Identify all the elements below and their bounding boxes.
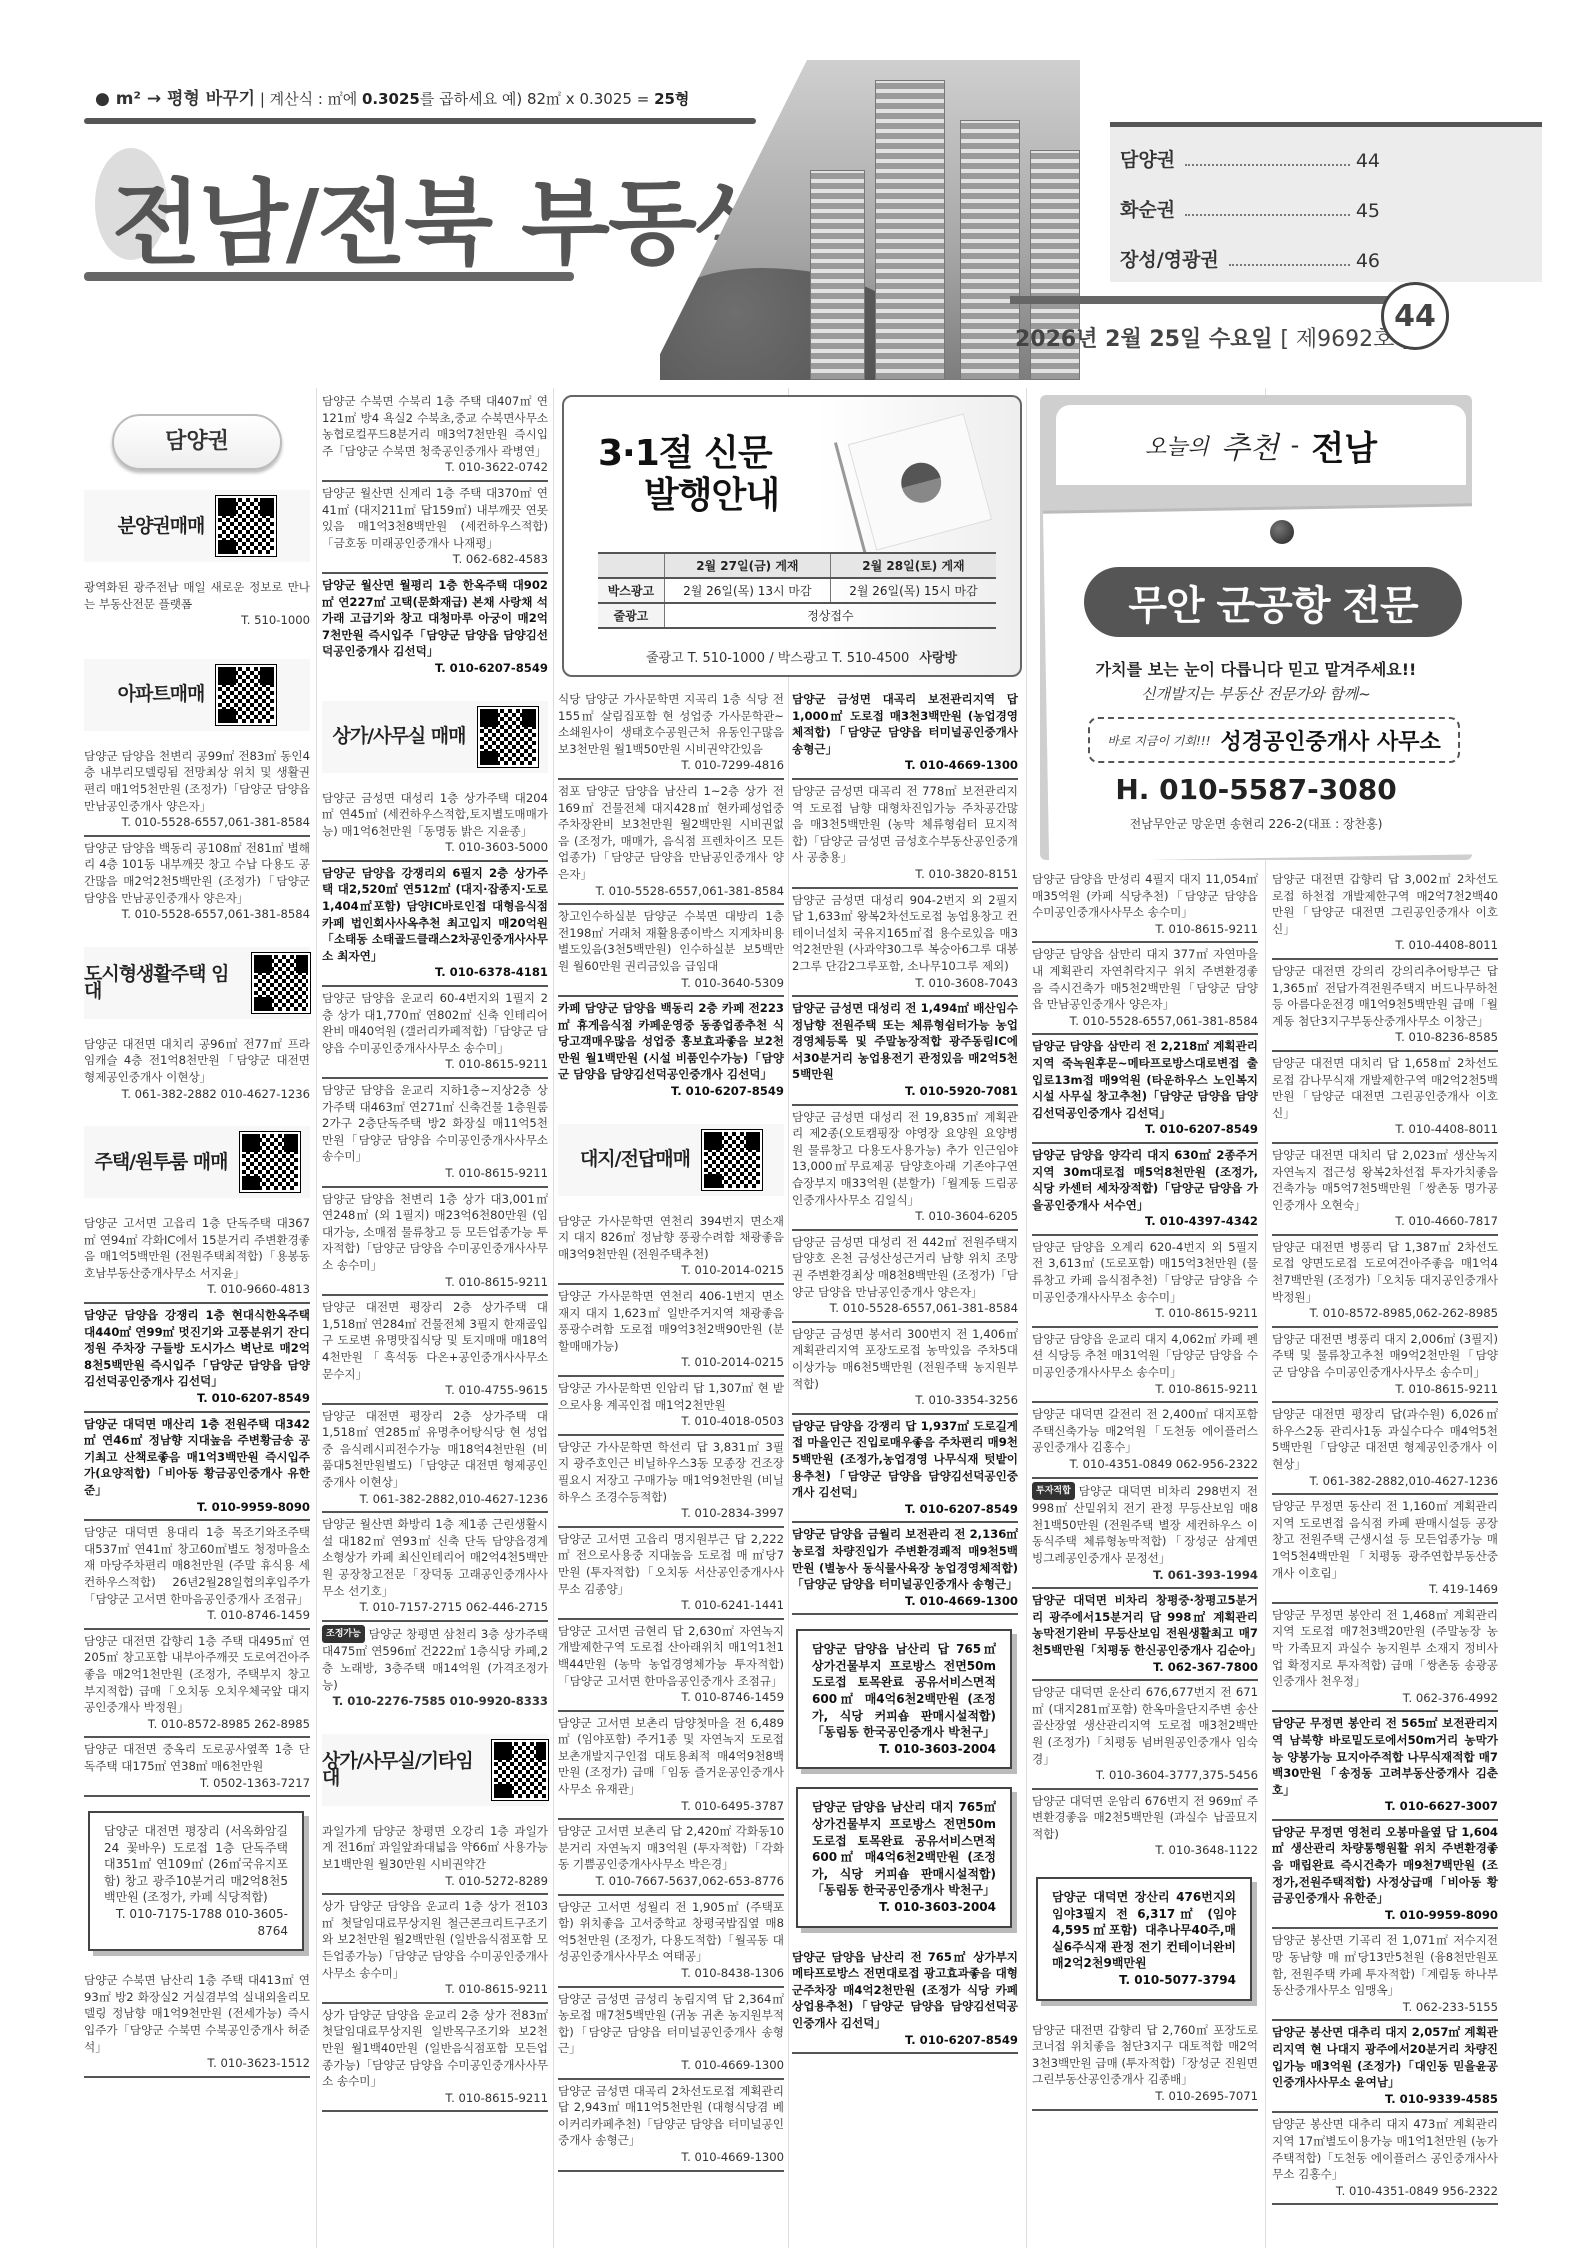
listing: 담양군 담양읍 삼만리 대지 377㎡ 자연마을내 계획관리 자연취락지구 위치… [1032,943,1258,1035]
listing-text: 식당 담양군 가사문학면 지곡리 1층 식당 전155㎡ 살림집포함 현 성업중… [558,692,784,756]
listing-phone: T. 010-9339-4585 [1272,2091,1498,2108]
rec-today: 오늘의 [1145,430,1209,461]
listing-text: 담양군 가사문학면 연천리 394번지 면소재지 대지 826㎡ 정남향 풍광수… [558,1214,784,1261]
listing-text: 담양군 수북면 수북리 1층 주택 대407㎡ 연121㎡ 방4 욕실2 수북초… [322,394,548,458]
table-header-row: 2월 27일(금) 게재 2월 28일(토) 게재 [598,553,996,578]
listing-phone: T. 010-6627-3007 [1272,1798,1498,1815]
listing: 담양군 대전면 병풍리 답 1,387㎡ 2차선도로접 양면도로접 도로여건아주… [1272,1236,1498,1328]
table-header [598,553,664,578]
listing-text: 담양군 대덕면 운산리 676,677번지 전 671㎡ (대지281㎡포함) … [1032,1685,1258,1765]
category-header-land: 대지/전답매매 [558,1124,784,1196]
listing: 담양군 수북면 수북리 1층 주택 대407㎡ 연121㎡ 방4 욕실2 수북초… [322,390,548,482]
listing-text: 담양군 담양읍 강쟁리 1층 현대식한옥주택 대440㎡ 연99㎡ 멋진기와 고… [84,1308,310,1388]
category-title: 주택/원투룸 매매 [94,1154,227,1171]
category-header-shop-rent: 상가/사무실/기타임대 [322,1734,548,1806]
listing-text: 담양군 담양읍 강쟁리외 6필지 2층 상가주택 대2,520㎡ 연512㎡ (… [322,866,548,963]
listing-text: 창고인수하실분 담양군 수북면 대방리 1층 전198㎡ 거래처 재활용종이박스… [558,909,784,973]
category-header-presale: 분양권매매 [84,490,310,562]
listing: 식당 담양군 가사문학면 지곡리 1층 식당 전155㎡ 살림집포함 현 성업중… [558,688,784,780]
toc-label: 장성/영광권 [1120,245,1219,272]
notice-title-line: 3·1절 신문 [598,433,779,475]
listing: 담양군 대덕면 비차리 창평중·창평고5분거리 광주에서15분거리 답 998㎡… [1032,1589,1258,1681]
listing-phone: T. 010-5528-6557,061-381-8584 [558,883,784,900]
toc-item[interactable]: 담양권44 [1120,145,1380,172]
rec-subtitle: 신개발지는 부동산 전문가와 함께~ [1040,683,1472,704]
boxed-listing: 담양군 담양읍 남산리 답 765㎡ 상가건물부지 프로방스 전면50m도로접 … [796,1629,1012,1769]
listing-text: 과일가게 담양군 창평면 오강리 1층 과일가게 전16㎡ 과일앞좌대넓음 약6… [322,1824,548,1871]
listing-text: 담양군 고서면 보촌리 담양첫마을 전 6,489㎡ (임야포함) 주거1종 및… [558,1716,784,1796]
listing: 담양군 봉산면 대추리 대지 473㎡ 계획관리지역 17㎡별도이용가능 매1억… [1272,2113,1498,2205]
notice-title-line: 발행안내 [598,475,779,517]
listing: 담양군 무정면 봉안리 전 1,468㎡ 계획관리지역 도로접 매7천3백20만… [1272,1604,1498,1713]
listing: 담양군 무정면 영천리 오봉마을옆 답 1,604㎡ 생산관리 차량통행원활 위… [1272,1821,1498,1930]
listing: 담양군 고서면 금현리 답 2,630㎡ 자연녹지 개발제한구역 도로접 산아래… [558,1620,784,1712]
listing-phone: T. 010-3820-8151 [792,866,1018,883]
listing-phone: T. 010-8746-1459 [84,1607,310,1624]
listing: 담양군 가사문학면 연천리 394번지 면소재지 대지 826㎡ 정남향 풍광수… [558,1210,784,1285]
listing: 담양군 담양읍 삼만리 전 2,218㎡ 계획관리지역 죽녹원후문~메타프로방스… [1032,1035,1258,1144]
listing-phone: T. 010-4755-9615 [322,1382,548,1399]
category-header-urban-housing: 도시형생활주택 임대 [84,947,310,1019]
contact-text: 줄광고 T. 510-1000 / 박스광고 T. 510-4500 [646,651,909,666]
qr-code-icon[interactable] [492,1740,548,1800]
qr-code-icon[interactable] [478,707,538,767]
listing-phone: T. 010-8438-1306 [558,1965,784,1982]
listing-text: 담양군 대전면 병풍리 답 1,387㎡ 2차선도로접 양면도로접 도로여건아주… [1272,1240,1498,1304]
column-4: 담양군 금성면 대곡리 보전관리지역 답 1,000㎡ 도로접 매3천3백만원 … [792,688,1018,2054]
category-title: 아파트매매 [118,686,205,703]
listing: 담양군 고서면 고읍리 1층 단독주택 대367㎡ 연94㎡ 각화IC에서 15… [84,1212,310,1304]
listing-text: 담양군 대전면 평장리 2층 상가주택 대1,518㎡ 연284㎡ 건물전체 3… [322,1300,548,1380]
listing-text: 담양군 담양읍 삼만리 대지 377㎡ 자연마을내 계획관리 자연취락지구 위치… [1032,947,1258,1011]
listing: 담양군 봉산면 기곡리 전 1,071㎡ 저수지전망 동남향 매 ㎡당13만5천… [1272,1929,1498,2021]
listing-phone: T. 010-8615-9211 [322,1165,548,1182]
listing-text: 담양군 무정면 동산리 전 1,160㎡ 계획관리지역 도로변접 음식점 카페 … [1272,1499,1498,1579]
listing-text: 담양군 대전면 평장리 답(과수원) 6,026㎡ 하우스2동 관리사1동 과실… [1272,1407,1498,1471]
building-image [960,120,1020,380]
listing-text: 담양군 무정면 봉안리 전 565㎡ 보전관리지역 남북향 바로밑도로에서50m… [1272,1716,1498,1796]
listing-text: 담양군 담양읍 삼만리 전 2,218㎡ 계획관리지역 죽녹원후문~메타프로방스… [1032,1039,1258,1119]
listing-phone: T. 419-1469 [1272,1581,1498,1598]
listing-phone: T. 010-8615-9211 [1032,921,1258,938]
category-header-apartment: 아파트매매 [84,659,310,731]
column-2: 담양군 수북면 수북리 1층 주택 대407㎡ 연121㎡ 방4 욕실2 수북초… [322,390,548,2112]
listing: 담양군 대덕면 운산리 676,677번지 전 671㎡ (대지281㎡포함) … [1032,1681,1258,1790]
listing-phone: T. 010-8615-9211 [322,1981,548,1998]
listing-text: 담양군 가사문학면 학선리 답 3,831㎡ 3필지 광주호인근 비닐하우스3동… [558,1440,784,1504]
listing-phone: T. 010-6495-3787 [558,1798,784,1815]
listing-phone: T. 010-4351-0849 062-956-2322 [1032,1456,1258,1473]
flag-pole [834,442,871,568]
listing-phone: T. 010-4408-8011 [1272,937,1498,954]
listing: 상가 담양군 담양읍 운교리 2층 상가 전83㎡ 첫달임대료무상지원 일반목구… [322,2004,548,2113]
listing: 담양군 대전면 갑향리 1층 주택 대495㎡ 연205㎡ 창고포함 내부아주깨… [84,1630,310,1739]
listing-text: 담양군 고서면 성월리 전 1,905㎡ (주택포함) 위치좋음 고서중학교 창… [558,1900,784,1964]
listing: 담양군 고서면 보촌리 답 2,420㎡ 각화동10분거리 자연녹지 매3억원 … [558,1820,784,1895]
listing-phone: T. 010-7175-1788 010-3605-8764 [104,1906,288,1939]
listing-phone: T. 010-5528-6557,061-381-8584 [84,906,310,923]
conversion-formula-mid: 를 곱하세요 예) 82㎡ x 0.3025 = [420,90,649,108]
listing: 담양군 담양읍 천변리 공99㎡ 전83㎡ 동인4층 내부리모델링됨 전망최상 … [84,745,310,837]
listing-phone: T. 010-3603-5000 [322,839,548,856]
recommendation-header: 오늘의 추천 - 전남 [1056,405,1466,485]
listing-text: 담양군 금성면 대성리 904-2번지 외 2필지 답 1,633㎡ 왕복2차선… [792,893,1018,973]
listing: 담양군 담양읍 강쟁리 1층 현대식한옥주택 대440㎡ 연99㎡ 멋진기와 고… [84,1304,310,1413]
listing-phone: T. 010-3608-7043 [792,975,1018,992]
listing-phone: T. 010-6207-8549 [792,2032,1018,2049]
listing-phone: T. 010-8572-8985 262-8985 [84,1716,310,1733]
listing: 담양군 고서면 고읍리 명지원부근 답 2,222㎡ 전으로사용중 지대높음 도… [558,1528,784,1620]
listing-text: 담양군 고서면 보촌리 답 2,420㎡ 각화동10분거리 자연녹지 매3억원 … [558,1824,784,1871]
date-rule [1010,296,1442,304]
area-conversion-note: ● m² → 평형 바꾸기 | 계산식 : ㎡에 0.3025를 곱하세요 예)… [95,84,689,109]
date-text: 2026년 2월 25일 수요일 [1015,327,1273,352]
listing-phone: T. 062-376-4992 [1272,1690,1498,1707]
listing: 담양군 대덕면 매산리 1층 전원주택 대342㎡ 연46㎡ 정남향 지대높음 … [84,1413,310,1522]
listing: 담양군 담양읍 만성리 4필지 대지 11,054㎡ 매35억원 (카페 식당추… [1032,868,1258,943]
listing: 담양군 대전면 대치리 답 1,658㎡ 2차선도로접 감나무식재 개발제한구역… [1272,1052,1498,1144]
listing-text: 담양군 금성면 대곡리 전 778㎡ 보전관리지역 도로접 남향 대형차진입가능… [792,784,1018,864]
listing-text: 담양군 금성면 대성리 전 19,835㎡ 계획관리 제2종(오토캠핑장 야영장… [792,1110,1018,1207]
listing: 담양군 월산면 신계리 1층 주택 대370㎡ 연41㎡ (대지211㎡ 답15… [322,482,548,574]
listing-phone: T. 010-6207-8549 [322,660,548,677]
column-6: 담양군 대전면 갑향리 답 3,002㎡ 2차선도로접 하천접 개발제한구역 매… [1272,868,1498,2205]
listing-text: 담양군 가사문학면 연천리 406-1번지 면소재지 대지 1,623㎡ 일반주… [558,1289,784,1353]
toc-leader [1185,164,1350,166]
notice-title: 3·1절 신문 발행안내 [598,433,779,517]
listing-phone: T. 010-6207-8549 [1032,1121,1258,1138]
listing-phone: T. 010-3622-0742 [322,459,548,476]
listing-text: 담양군 무정면 영천리 오봉마을옆 답 1,604㎡ 생산관리 차량통행원활 위… [1272,1825,1498,1905]
office-box: 바로 지금이 기회!!! 성경공인중개사 사무소 [1088,717,1460,763]
listing-text: 담양군 금성면 대곡리 보전관리지역 답 1,000㎡ 도로접 매3천3백만원 … [792,692,1018,756]
listing: 담양군 대전면 대치리 공96㎡ 전77㎡ 프라임캐슬 4층 전1억8천만원「담… [84,1033,310,1106]
listing: 담양군 담양읍 오계리 620-4번지 외 5필지 전 3,613㎡ (도로포함… [1032,1236,1258,1328]
listing: 담양군 대전면 평장리 답(과수원) 6,026㎡ 하우스2동 관리사1동 과실… [1272,1403,1498,1495]
page-title: 전남/전북 부동산 [112,150,782,282]
listing: 담양군 담양읍 운교리 지하1층~지상2층 상가주택 대463㎡ 연271㎡ 신… [322,1079,548,1188]
listing-text: 담양군 금성면 금성리 농림지역 답 2,364㎡ 농로접 매7천5백만원 (귀… [558,1992,784,2056]
listing-phone: T. 010-3354-3256 [792,1392,1018,1409]
listing-phone: T. 010-4669-1300 [792,757,1018,774]
listing-text: 담양군 봉산면 대추리 대지 2,057㎡ 계획관리지역 현 나대지 광주에서2… [1272,2025,1498,2089]
listing-text: 담양군 봉산면 기곡리 전 1,071㎡ 저수지전망 동남향 매 ㎡당13만5천… [1272,1933,1498,1997]
listing: 담양군 금성면 대성리 904-2번지 외 2필지 답 1,633㎡ 왕복2차선… [792,889,1018,998]
boxed-listing: 담양군 담양읍 남산리 대지 765㎡ 상가건물부지 프로방스 전면50m도로접… [796,1787,1012,1927]
listing-text: 담양군 대전면 대치리 답 1,658㎡ 2차선도로접 감나무식재 개발제한구역… [1272,1056,1498,1120]
column-divider [316,388,317,2248]
column-3: 식당 담양군 가사문학면 지곡리 1층 식당 전155㎡ 살림집포함 현 성업중… [558,688,784,2172]
listing-phone: T. 010-4018-0503 [558,1413,784,1430]
listing-text: 담양군 금성면 대성리 전 442㎡ 전원주택지 담양호 온천 금성산성근거리 … [792,1235,1018,1299]
listing: 담양군 고서면 보촌리 담양첫마을 전 6,489㎡ (임야포함) 주거1종 및… [558,1712,784,1821]
listing-text: 담양군 대덕면 운암리 676번지 전 969㎡ 주변환경좋음 매2천5백만원 … [1032,1794,1258,1841]
listing: 담양군 봉산면 대추리 대지 2,057㎡ 계획관리지역 현 나대지 광주에서2… [1272,2021,1498,2113]
listing-phone: T. 062-233-5155 [1272,1999,1498,2016]
listing-phone: T. 010-9959-8090 [84,1499,310,1516]
qr-code-icon[interactable] [252,953,310,1013]
listing-text: 담양군 가사문학면 인암리 답 1,307㎡ 현 밭으로사용 계곡인접 매1억2… [558,1381,784,1412]
table-header: 2월 27일(금) 게재 [664,553,830,578]
boxed-listing: 담양군 대덕면 장산리 476번지외 임야3필지 전 6,317㎡ (임야 4,… [1036,1877,1252,2001]
listing-text: 담양군 담양읍 운교리 60-4번지외 1필지 2층 상가 대1,770㎡ 연8… [322,991,548,1055]
toc-leader [1185,214,1350,216]
listing: 담양군 담양읍 운교리 60-4번지외 1필지 2층 상가 대1,770㎡ 연8… [322,987,548,1079]
listing: 담양군 무정면 봉안리 전 565㎡ 보전관리지역 남북향 바로밑도로에서50m… [1272,1712,1498,1821]
rec-dash: - [1291,431,1300,459]
category-title: 상가/사무실/기타임대 [322,1753,480,1786]
listing-phone: T. 010-6378-4181 [322,964,548,981]
listing-text: 담양군 담양읍 운교리 대지 4,062㎡ 카페 펜션 식당등 추천 매31억원… [1032,1332,1258,1379]
listing: 담양군 담양읍 남산리 전 765㎡ 상가부지 메타프로방스 전면대로접 광고효… [792,1946,1018,2055]
listing-phone: T. 062-682-4583 [322,551,548,568]
category-title: 도시형생활주택 임대 [84,966,240,999]
toc-page: 44 [1356,150,1380,172]
rec-chance: 바로 지금이 기회!!! [1107,732,1210,749]
category-title: 상가/사무실 매매 [332,728,465,745]
listing-text: 담양군 월산면 월평리 1층 한옥주택 대902㎡ 연227㎡ 고택(문화재급)… [322,578,548,658]
category-title: 분양권매매 [118,518,205,535]
listing-text: 담양군 담양읍 강쟁리 답 1,937㎡ 도로길게접 마을인근 진입로매우좋음 … [792,1419,1018,1499]
listing: 과일가게 담양군 창평면 오강리 1층 과일가게 전16㎡ 과일앞좌대넓음 약6… [322,1820,548,1895]
listing-text: 담양군 담양읍 금월리 보전관리 전 2,136㎡ 농로접 차량진입가 주변환경… [792,1527,1018,1591]
listing: 담양군 대전면 평장리 2층 상가주택 대1,518㎡ 연285㎡ 유명추어탕식… [322,1405,548,1514]
listing-phone: T. 061-393-1994 [1032,1567,1258,1584]
rec-address: 전남무안군 망운면 송현리 226-2(대표 : 장찬홍) [1040,815,1472,832]
listing-text: 담양군 대전면 대치리 답 2,023㎡ 생산녹지 자연녹지 접근성 왕복2차선… [1272,1148,1498,1212]
listing-text: 담양군 대덕면 비차리 창평중·창평고5분거리 광주에서15분거리 답 998㎡… [1032,1593,1262,1657]
listing: 담양군 금성면 봉서리 300번지 전 1,406㎡ 계획관리지역 포장도로접 … [792,1323,1018,1415]
listing-phone: T. 010-6207-8549 [84,1390,310,1407]
listing-text: 담양군 담양읍 천변리 공99㎡ 전83㎡ 동인4층 내부리모델링됨 전망최상 … [84,749,310,813]
listing: 상가 담양군 담양읍 운교리 1층 상가 전103㎡ 첫달임대료무상지원 철근콘… [322,1895,548,2004]
publication-date: 2026년 2월 25일 수요일 [ 제9692호 ] [1015,322,1410,353]
listing-phone: T. 010-5528-6557,061-381-8584 [1032,1013,1258,1030]
listing: 담양군 금성면 금성리 농림지역 답 2,364㎡ 농로접 매7천5백만원 (귀… [558,1988,784,2080]
qr-code-icon[interactable] [216,665,276,725]
toc-item[interactable]: 화순권45 [1120,195,1380,222]
listing-text: 담양군 담양읍 오계리 620-4번지 외 5필지 전 3,613㎡ (도로포함… [1032,1240,1258,1304]
listing-text: 담양군 고서면 금현리 답 2,630㎡ 자연녹지 개발제한구역 도로접 산아래… [558,1624,784,1688]
listing-text: 담양군 담양읍 운교리 지하1층~지상2층 상가주택 대463㎡ 연271㎡ 신… [322,1083,548,1163]
negotiable-badge: 조정가능 [322,1625,365,1644]
listing-phone: T. 010-9660-4813 [84,1281,310,1298]
rec-region: 전남 [1311,421,1377,470]
listing-text: 담양군 월산면 신계리 1층 주택 대370㎡ 연41㎡ (대지211㎡ 답15… [322,486,548,550]
listing: 담양군 담양읍 운교리 대지 4,062㎡ 카페 펜션 식당등 추천 매31억원… [1032,1328,1258,1403]
toc-leader [1229,264,1350,266]
page-number-badge: 44 [1381,282,1449,350]
listing-text: 담양군 담양읍 천변리 1층 상가 대3,001㎡ 연248㎡ (외 1필지) … [322,1192,548,1272]
listing-text: 담양군 대전면 평장리 (서옥화암길 24 꽃바우) 도로접 1층 단독주택 대… [104,1824,288,1904]
table-row: 박스광고 2월 26일(목) 13시 마감 2월 26일(목) 15시 마감 [598,578,996,603]
listing-text: 담양군 수북면 남산리 1층 주택 대413㎡ 연93㎡ 방2 화장실2 거실겸… [84,1973,310,2053]
listing-text: 담양군 대전면 갑향리 1층 주택 대495㎡ 연205㎡ 창고포함 내부아주깨… [84,1634,310,1714]
listing: 담양군 대전면 강의리 강의리추어탕부근 답 1,365㎡ 전답가격전원주택지 … [1272,960,1498,1052]
table-cell: 정상접수 [664,603,996,628]
listing: 담양군 대전면 평장리 2층 상가주택 대1,518㎡ 연284㎡ 건물전체 3… [322,1296,548,1405]
deadline-table: 2월 27일(금) 게재 2월 28일(토) 게재 박스광고 2월 26일(목)… [598,552,996,629]
listing-phone: T. 010-5528-6557,061-381-8584 [792,1300,1018,1317]
listing-phone: T. 010-8615-9211 [322,2090,548,2107]
table-cell: 2월 26일(목) 15시 마감 [830,578,996,603]
listing: 담양군 금성면 대곡리 보전관리지역 답 1,000㎡ 도로접 매3천3백만원 … [792,688,1018,780]
listing-phone: T. 010-4397-4342 [1032,1213,1258,1230]
listing: 담양군 월산면 화방리 1층 제1종 근린생활시설 대182㎡ 연93㎡ 신축 … [322,1513,548,1622]
listing-text: 담양군 대덕면 용대리 1층 목조기와조주택 대537㎡ 연41㎡ 창고60㎡별… [84,1525,310,1605]
listing-phone: T. 010-3604-3777,375-5456 [1032,1767,1258,1784]
rec-slogan: 가치를 보는 눈이 다릅니다 믿고 맡겨주세요!! [1040,657,1472,680]
toc-label: 화순권 [1120,195,1175,222]
listing: 담양군 담양읍 금월리 보전관리 전 2,136㎡ 농로접 차량진입가 주변환경… [792,1523,1018,1615]
header-rule-bottom [84,272,574,281]
listing-phone: T. 061-382-2882,010-4627-1236 [1272,1473,1498,1490]
region-label: 담양권 [112,414,282,470]
toc-item[interactable]: 장성/영광권46 [1120,245,1380,272]
boxed-listing: 담양군 대전면 평장리 (서옥화암길 24 꽃바우) 도로접 1층 단독주택 대… [88,1811,304,1951]
listing-phone: T. 010-9959-8090 [1272,1907,1498,1924]
toc-page: 46 [1356,250,1380,272]
brand-logo: 사랑방 [919,651,957,666]
listing-phone: T. 010-7667-5637,062-653-8776 [558,1873,784,1890]
listing-text: 담양군 담양읍 남산리 대지 765㎡ 상가건물부지 프로방스 전면50m도로접… [812,1800,996,1897]
conversion-lead: ● m² → 평형 바꾸기 [95,89,255,109]
listing-phone: T. 010-4660-7817 [1272,1213,1498,1230]
listing: 담양군 고서면 성월리 전 1,905㎡ (주택포함) 위치좋음 고서중학교 창… [558,1896,784,1988]
listing: 담양군 금성면 대성리 전 442㎡ 전원주택지 담양호 온천 금성산성근거리 … [792,1231,1018,1323]
listing: 점포 담양군 담양읍 남산리 1~2층 상가 전169㎡ 건물전체 대지428㎡… [558,780,784,905]
listing-phone: T. 010-3603-2004 [812,1899,996,1916]
listing: 담양군 대전면 중옥리 도로공사옆쪽 1층 단독주택 대175㎡ 연38㎡ 매6… [84,1738,310,1797]
listing-phone: T. 010-2014-0215 [558,1262,784,1279]
listing: 담양군 대덕면 용대리 1층 목조기와조주택 대537㎡ 연41㎡ 창고60㎡별… [84,1521,310,1630]
listing-phone: T. 010-4669-1300 [558,2057,784,2074]
listing-text: 담양군 대덕면 장산리 476번지외 임야3필지 전 6,317㎡ (임야 4,… [1052,1890,1236,1970]
conversion-factor: 0.3025 [362,90,420,108]
listing: 담양군 대전면 병풍리 대지 2,006㎡ (3필지) 주택 및 물류창고추천 … [1272,1328,1498,1403]
listing-phone: T. 010-8615-9211 [1272,1381,1498,1398]
listing-phone: T. 010-6207-8549 [792,1501,1018,1518]
listing: 담양군 월산면 월평리 1층 한옥주택 대902㎡ 연227㎡ 고택(문화재급)… [322,574,548,681]
qr-code-icon[interactable] [702,1130,762,1190]
listing-text: 광역화된 광주전남 매일 새로운 정보로 만나는 부동산전문 플랫폼 [84,580,310,611]
rec-phone[interactable]: H. 010-5587-3080 [1040,773,1472,806]
listing: 담양군 금성면 대성리 전 1,494㎡ 배산임수 정남향 전원주택 또는 체류… [792,997,1018,1106]
listing-text: 담양군 대전면 대치리 공96㎡ 전77㎡ 프라임캐슬 4층 전1억8천만원「담… [84,1037,310,1084]
listing-text: 담양군 대전면 갑향리 답 2,760㎡ 포장도로 코너접 위치좋음 첨단3지구… [1032,2023,1258,2087]
listing-text: 담양군 대전면 평장리 2층 상가주택 대1,518㎡ 연285㎡ 유명추어탕식… [322,1409,548,1489]
listing-phone: T. 010-5528-6557,061-381-8584 [84,814,310,831]
notice-contact: 줄광고 T. 510-1000 / 박스광고 T. 510-4500사랑방 [646,647,957,666]
investment-badge: 투자적합 [1032,1482,1075,1501]
listing-text: 담양군 금성면 봉서리 300번지 전 1,406㎡ 계획관리지역 포장도로접 … [792,1327,1018,1391]
listing: 담양군 담양읍 강쟁리외 6필지 2층 상가주택 대2,520㎡ 연512㎡ (… [322,862,548,987]
listing: 담양군 대덕면 운암리 676번지 전 969㎡ 주변환경좋음 매2천5백만원 … [1032,1790,1258,1863]
listing-text: 담양군 대전면 갑향리 답 3,002㎡ 2차선도로접 하천접 개발제한구역 매… [1272,872,1498,936]
listing: 담양군 담양읍 양각리 대지 630㎡ 2종주거지역 30m대로접 매5억8천만… [1032,1144,1258,1236]
listing: 담양군 대전면 대치리 답 2,023㎡ 생산녹지 자연녹지 접근성 왕복2차선… [1272,1144,1498,1236]
push-pin-icon [1270,520,1294,544]
listing-text: 담양군 대전면 강의리 강의리추어탕부근 답 1,365㎡ 전답가격전원주택지 … [1272,964,1498,1028]
listing-phone: T. 010-2276-7585 010-9920-8333 [322,1693,548,1710]
listing-phone: T. 010-4408-8011 [1272,1121,1498,1138]
listing-phone: T. 010-4351-0849 956-2322 [1272,2183,1498,2200]
listing-phone: T. 510-1000 [84,612,310,629]
listing-phone: T. 010-4669-1300 [558,2149,784,2166]
taegeuk-symbol [897,458,946,507]
header-rule-top [84,118,756,124]
listing-text: 담양군 봉산면 대추리 대지 473㎡ 계획관리지역 17㎡별도이용가능 매1억… [1272,2117,1498,2181]
listing-text: 담양군 월산면 화방리 1층 제1종 근린생활시설 대182㎡ 연93㎡ 신축 … [322,1517,548,1597]
table-row: 줄광고 정상접수 [598,603,996,628]
listing-phone: T. 010-6207-8549 [558,1083,784,1100]
listing-phone: T. 010-8615-9211 [1032,1381,1258,1398]
toc-label: 담양권 [1120,145,1175,172]
listing-phone: T. 010-5077-3794 [1052,1972,1236,1989]
listing-phone: T. 010-4669-1300 [792,1593,1018,1610]
listing-text: 담양군 대덕면 매산리 1층 전원주택 대342㎡ 연46㎡ 정남향 지대높음 … [84,1417,310,1497]
column-divider [553,388,554,2248]
listing-text: 담양군 무정면 봉안리 전 1,468㎡ 계획관리지역 도로접 매7천3백20만… [1272,1608,1498,1688]
conversion-result: 25형 [654,90,689,108]
holiday-publication-notice: 3·1절 신문 발행안내 2월 27일(금) 게재 2월 28일(토) 게재 박… [562,395,1022,677]
listing: 투자적합담양군 대덕면 비차리 298번지 전 998㎡ 산밑위치 전기 관정 … [1032,1479,1258,1590]
qr-code-icon[interactable] [240,1132,300,1192]
row-label: 박스광고 [598,578,664,603]
listing-phone: T. 010-8615-9211 [322,1056,548,1073]
category-title: 대지/전답매매 [580,1151,690,1168]
category-header-shop-office: 상가/사무실 매매 [322,701,548,773]
rec-headline: 무안 군공항 전문 [1084,567,1462,637]
row-label: 줄광고 [598,603,664,628]
rec-office-name: 성경공인중개사 사무소 [1221,725,1441,756]
listing-phone: T. 010-2695-7071 [1032,2088,1258,2105]
listing-phone: T. 010-8746-1459 [558,1689,784,1706]
qr-code-icon[interactable] [216,496,276,556]
listing-phone: T. 010-2834-3997 [558,1505,784,1522]
listing-phone: T. 061-382-2882 010-4627-1236 [84,1086,310,1103]
listing-phone: T. 010-8615-9211 [322,1274,548,1291]
listing-phone: T. 010-3603-2004 [812,1741,996,1758]
conversion-formula-prefix: | 계산식 : ㎡에 [260,90,357,108]
rec-recommend: 추천 [1221,423,1279,467]
listing: 담양군 무정면 동산리 전 1,160㎡ 계획관리지역 도로변접 음식점 카페 … [1272,1495,1498,1604]
listing: 담양군 수북면 남산리 1층 주택 대413㎡ 연93㎡ 방2 화장실2 거실겸… [84,1969,310,2078]
listing-phone: T. 010-3640-5309 [558,975,784,992]
toc-page: 45 [1356,200,1380,222]
listing-text: 담양군 고서면 고읍리 1층 단독주택 대367㎡ 연94㎡ 각화IC에서 15… [84,1216,310,1280]
korean-flag-icon [848,413,992,550]
listing-phone: T. 010-3604-6205 [792,1208,1018,1225]
listing-text: 담양군 대덕면 갈전리 전 2,400㎡ 대지포함 주택신축가능 매2억원「도천… [1032,1407,1258,1454]
listing-phone: T. 010-8615-9211 [1032,1305,1258,1322]
listing-phone: T. 010-5272-8289 [322,1873,548,1890]
building-image [875,80,945,380]
listing-phone: T. 010-7157-2715 062-446-2715 [322,1599,548,1616]
listing-text: 담양군 담양읍 백동리 공108㎡ 전81㎡ 별해리 4층 101동 내부깨끗 … [84,841,310,905]
listing-phone: T. 010-8236-8585 [1272,1029,1498,1046]
listing: 담양군 가사문학면 연천리 406-1번지 면소재지 대지 1,623㎡ 일반주… [558,1285,784,1377]
listing: 담양군 담양읍 천변리 1층 상가 대3,001㎡ 연248㎡ (외 1필지) … [322,1188,548,1297]
listing-text: 담양군 금성면 대성리 1층 상가주택 대204㎡ 연45㎡ (세컨하우스적합,… [322,791,548,838]
table-header: 2월 28일(토) 게재 [830,553,996,578]
listing: 담양군 금성면 대곡리 전 778㎡ 보전관리지역 도로접 남향 대형차진입가능… [792,780,1018,889]
listing-text: 담양군 담양읍 남산리 답 765㎡ 상가건물부지 프로방스 전면50m도로접 … [812,1642,996,1739]
listing-text: 담양군 금성면 대성리 전 1,494㎡ 배산임수 정남향 전원주택 또는 체류… [792,1001,1018,1081]
category-header-house: 주택/원투룸 매매 [84,1126,310,1198]
listing: 광역화된 광주전남 매일 새로운 정보로 만나는 부동산전문 플랫폼 T. 51… [84,576,310,639]
listing-phone: T. 062-367-7800 [1032,1659,1258,1676]
